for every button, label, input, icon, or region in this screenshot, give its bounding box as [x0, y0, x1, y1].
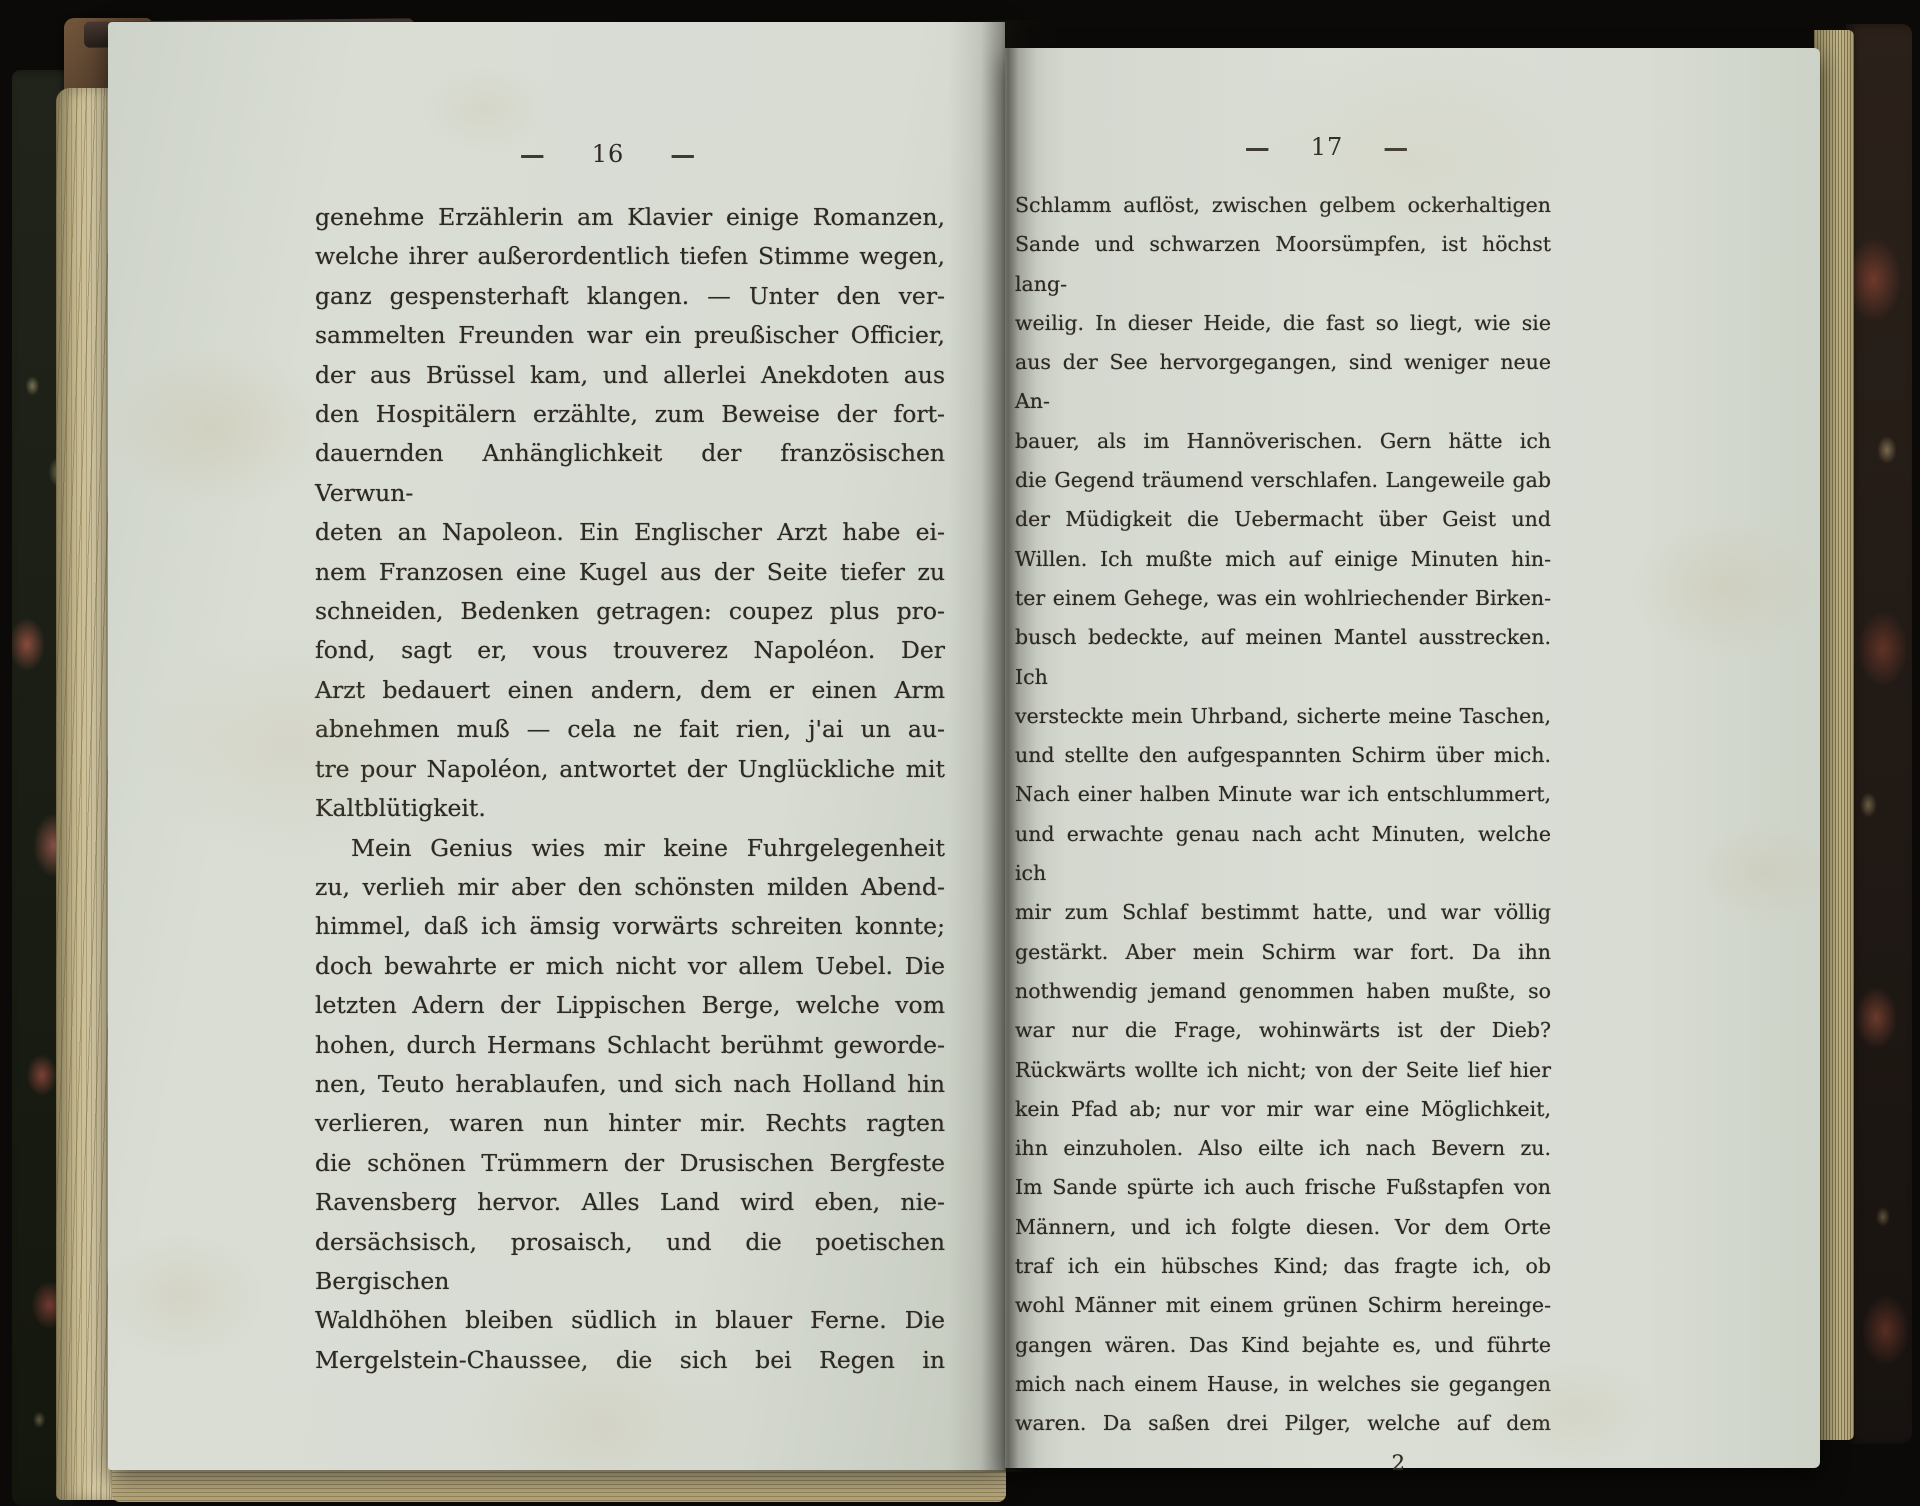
- text-line: die schönen Trümmern der Drusischen Berg…: [315, 1144, 945, 1183]
- text-line: mich nach einem Hause, in welches sie ge…: [1015, 1365, 1551, 1404]
- right-page-text-column: — 17 — Schlamm auflöst, zwischen gelbem …: [1015, 127, 1551, 1483]
- text-line: busch bedeckte, auf meinen Mantel ausstr…: [1015, 618, 1551, 697]
- text-line: weilig. In dieser Heide, die fast so lie…: [1015, 304, 1551, 343]
- text-line: letzten Adern der Lippischen Berge, welc…: [315, 986, 945, 1025]
- text-line: und erwachte genau nach acht Minuten, we…: [1015, 815, 1551, 894]
- left-page-text-column: — 16 — genehme Erzählerin am Klavier ein…: [315, 134, 945, 1380]
- text-line: die Gegend träumend verschlafen. Langewe…: [1015, 461, 1551, 500]
- signature-mark: 2: [1015, 1444, 1551, 1483]
- header-dash: —: [1245, 133, 1271, 162]
- text-line: Ravensberg hervor. Alles Land wird eben,…: [315, 1183, 945, 1222]
- header-dash: —: [1383, 133, 1409, 162]
- text-line: gestärkt. Aber mein Schirm war fort. Da …: [1015, 933, 1551, 972]
- text-line: doch bewahrte er mich nicht vor allem Ue…: [315, 947, 945, 986]
- header-dash: —: [520, 140, 546, 169]
- text-line: Waldhöhen bleiben südlich in blauer Fern…: [315, 1301, 945, 1340]
- right-page-header: — 17 —: [1059, 127, 1595, 167]
- text-line: genehme Erzählerin am Klavier einige Rom…: [315, 198, 945, 237]
- text-line: welche ihrer außerordentlich tiefen Stim…: [315, 237, 945, 276]
- left-page-header: — 16 —: [293, 134, 923, 174]
- right-marbled-cover: [1846, 24, 1912, 1444]
- page-number: 16: [592, 140, 625, 168]
- text-line: nothwendig jemand genommen haben mußte, …: [1015, 972, 1551, 1011]
- text-line: tre pour Napoléon, antwortet der Unglück…: [315, 750, 945, 789]
- text-line: dersächsisch, prosaisch, und die poetisc…: [315, 1223, 945, 1302]
- text-line: Mergelstein-Chaussee, die sich bei Regen…: [315, 1341, 945, 1380]
- text-line: zu, verlieh mir aber den schönsten milde…: [315, 868, 945, 907]
- text-line: Im Sande spürte ich auch frische Fußstap…: [1015, 1168, 1551, 1207]
- text-line: schneiden, Bedenken getragen: coupez plu…: [315, 592, 945, 631]
- text-line: Kaltblütigkeit.: [315, 789, 945, 828]
- text-line: fond, sagt er, vous trouverez Napoléon. …: [315, 631, 945, 670]
- text-line: Mein Genius wies mir keine Fuhrgelegenhe…: [315, 829, 945, 868]
- page-text: genehme Erzählerin am Klavier einige Rom…: [315, 198, 945, 1380]
- text-line: abnehmen muß — cela ne fait rien, j'ai u…: [315, 710, 945, 749]
- text-line: himmel, daß ich ämsig vorwärts schreiten…: [315, 907, 945, 946]
- header-dash: —: [670, 140, 696, 169]
- book-page-left: — 16 — genehme Erzählerin am Klavier ein…: [108, 22, 1005, 1470]
- text-line: nen, Teuto herablaufen, und sich nach Ho…: [315, 1065, 945, 1104]
- text-line: der Müdigkeit die Uebermacht über Geist …: [1015, 500, 1551, 539]
- text-line: ihn einzuholen. Also eilte ich nach Beve…: [1015, 1129, 1551, 1168]
- text-line: dauernden Anhänglichkeit der französisch…: [315, 434, 945, 513]
- text-line: versteckte mein Uhrband, sicherte meine …: [1015, 697, 1551, 736]
- text-line: verlieren, waren nun hinter mir. Rechts …: [315, 1104, 945, 1143]
- book-photo-scene: — 16 — genehme Erzählerin am Klavier ein…: [0, 0, 1920, 1506]
- text-line: Arzt bedauert einen andern, dem er einen…: [315, 671, 945, 710]
- text-line: nem Franzosen eine Kugel aus der Seite t…: [315, 553, 945, 592]
- text-line: Rückwärts wollte ich nicht; von der Seit…: [1015, 1051, 1551, 1090]
- page-number: 17: [1311, 133, 1344, 161]
- text-line: mir zum Schlaf bestimmt hatte, und war v…: [1015, 893, 1551, 932]
- text-line: ter einem Gehege, was ein wohlriechender…: [1015, 579, 1551, 618]
- book-page-right: — 17 — Schlamm auflöst, zwischen gelbem …: [1005, 48, 1820, 1468]
- text-line: der aus Brüssel kam, und allerlei Anekdo…: [315, 356, 945, 395]
- text-line: Männern, und ich folgte diesen. Vor dem …: [1015, 1208, 1551, 1247]
- text-line: ganz gespensterhaft klangen. — Unter den…: [315, 277, 945, 316]
- text-line: bauer, als im Hannöverischen. Gern hätte…: [1015, 422, 1551, 461]
- text-line: aus der See hervorgegangen, sind weniger…: [1015, 343, 1551, 422]
- text-line: war nur die Frage, wohinwärts ist der Di…: [1015, 1011, 1551, 1050]
- text-line: Willen. Ich mußte mich auf einige Minute…: [1015, 540, 1551, 579]
- text-line: Sande und schwarzen Moorsümpfen, ist höc…: [1015, 225, 1551, 304]
- right-page-edges: [1814, 30, 1854, 1440]
- text-line: deten an Napoleon. Ein Englischer Arzt h…: [315, 513, 945, 552]
- page-text: Schlamm auflöst, zwischen gelbem ockerha…: [1015, 186, 1551, 1444]
- text-line: hohen, durch Hermans Schlacht berühmt ge…: [315, 1026, 945, 1065]
- text-line: den Hospitälern erzählte, zum Beweise de…: [315, 395, 945, 434]
- text-line: traf ich ein hübsches Kind; das fragte i…: [1015, 1247, 1551, 1286]
- text-line: Nach einer halben Minute war ich entschl…: [1015, 775, 1551, 814]
- text-line: Schlamm auflöst, zwischen gelbem ockerha…: [1015, 186, 1551, 225]
- text-line: waren. Da saßen drei Pilger, welche auf …: [1015, 1404, 1551, 1443]
- text-line: gangen wären. Das Kind bejahte es, und f…: [1015, 1326, 1551, 1365]
- text-line: wohl Männer mit einem grünen Schirm here…: [1015, 1286, 1551, 1325]
- text-line: kein Pfad ab; nur vor mir war eine Mögli…: [1015, 1090, 1551, 1129]
- bottom-page-edges: [112, 1468, 1006, 1502]
- text-line: und stellte den aufgespannten Schirm übe…: [1015, 736, 1551, 775]
- text-line: sammelten Freunden war ein preußischer O…: [315, 316, 945, 355]
